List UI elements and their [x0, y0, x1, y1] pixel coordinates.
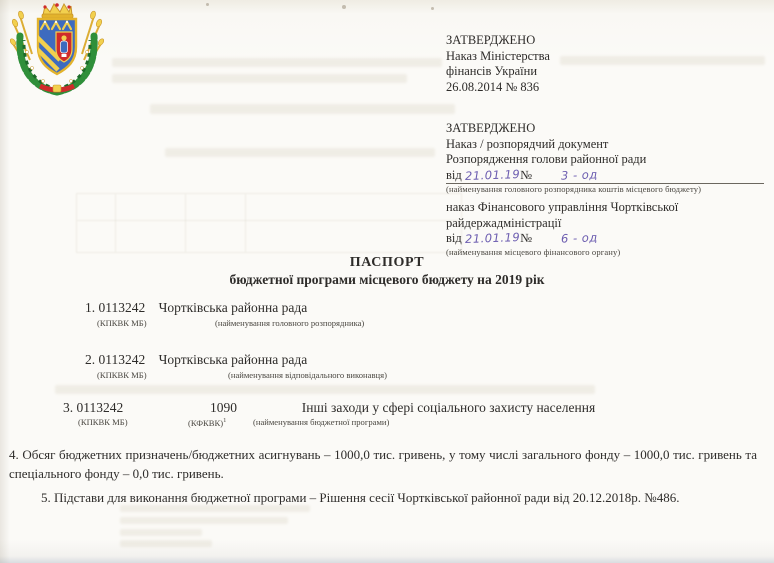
name-caption: (найменування бюджетної програми) — [253, 417, 389, 427]
kfkvk-caption: (КФКВК)1 — [188, 417, 226, 428]
bleed-through-table — [76, 193, 462, 253]
scan-speck — [206, 3, 209, 6]
page-subtitle: бюджетної програми місцевого бюджету на … — [0, 272, 774, 288]
coat-of-arms — [10, 2, 104, 101]
bleed-through-artifact — [55, 385, 595, 394]
bleed-through-artifact — [150, 104, 455, 114]
scanned-document-page: ЗАТВЕРДЖЕНО Наказ Міністерства фінансів … — [0, 0, 774, 563]
item-2-line: 2. 0113242 Чортківська районна рада — [85, 352, 307, 368]
page-title: ПАСПОРТ — [0, 255, 774, 271]
vid-label: від — [446, 168, 462, 182]
item-name: Інші заходи у сфері соціального захисту … — [302, 400, 595, 415]
approval-block-rada: ЗАТВЕРДЖЕНО Наказ / розпорядчий документ… — [446, 121, 764, 195]
order-number-line: від 21.01.19№ 3 - од — [446, 168, 764, 185]
scan-speck — [342, 5, 346, 9]
bleed-through-artifact — [120, 517, 288, 524]
order-number-line: від 21.01.19№ 6 - од — [446, 231, 678, 247]
item-number: 1. — [85, 300, 95, 315]
code-caption: (КПКВК МБ) — [78, 417, 128, 427]
vid-label: від — [446, 231, 462, 245]
approved-heading: ЗАТВЕРДЖЕНО — [446, 121, 764, 137]
bleed-through-artifact — [112, 74, 407, 83]
bleed-through-artifact — [165, 148, 435, 157]
item-name: Чортківська районна рада — [159, 300, 308, 315]
item-1-line: 1. 0113242 Чортківська районна рада — [85, 300, 307, 316]
approval-line: фінансів України — [446, 64, 550, 80]
approval-line: 26.08.2014 № 836 — [446, 80, 550, 96]
paragraph-legal-basis: 5. Підстави для виконання бюджетної прог… — [41, 489, 679, 508]
code-caption: (КПКВК МБ) — [97, 370, 147, 380]
item-name: Чортківська районна рада — [159, 352, 308, 367]
approval-line: Розпорядження голови районної ради — [446, 152, 764, 168]
bleed-through-artifact — [560, 56, 765, 65]
approval-line: Наказ Міністерства — [446, 49, 550, 65]
kpkvk-code: 0113242 — [99, 300, 146, 315]
code-caption: (КПКВК МБ) — [97, 318, 147, 328]
approval-line: райдержадміністрації — [446, 216, 678, 232]
approval-block-ministry: ЗАТВЕРДЖЕНО Наказ Міністерства фінансів … — [446, 33, 550, 95]
item-3-line: 3. 0113242 1090 Інші заходи у сфері соці… — [63, 400, 595, 416]
paragraph-budget-amount: 4. Обсяг бюджетних призначень/бюджетних … — [9, 446, 757, 483]
handwritten-date: 21.01.19 — [465, 230, 521, 247]
kpkvk-code: 0113242 — [99, 352, 146, 367]
bleed-through-artifact — [112, 58, 442, 67]
approval-line: Наказ / розпорядчий документ — [446, 137, 764, 153]
approved-heading: ЗАТВЕРДЖЕНО — [446, 33, 550, 49]
name-caption: (найменування відповідального виконавця) — [228, 370, 387, 380]
footnote-marker: 1 — [223, 417, 226, 424]
coat-of-arms-graphic — [10, 2, 104, 96]
kpkvk-code: 0113242 — [77, 400, 124, 415]
handwritten-date: 21.01.19 — [465, 167, 521, 184]
handwritten-number: 3 - од — [561, 167, 598, 184]
item-number: 3. — [63, 400, 73, 415]
bleed-through-artifact — [120, 529, 202, 536]
no-label: № — [520, 168, 532, 182]
name-caption: (найменування головного розпорядника) — [215, 318, 364, 328]
no-label: № — [520, 231, 532, 245]
kfkvk-code: 1090 — [210, 400, 237, 415]
bleed-through-artifact — [120, 540, 212, 547]
item-number: 2. — [85, 352, 95, 367]
approval-block-finance: наказ Фінансового управління Чортківсько… — [446, 200, 678, 258]
scan-speck — [431, 7, 434, 10]
approval-line: наказ Фінансового управління Чортківсько… — [446, 200, 678, 216]
handwritten-number: 6 - од — [561, 230, 598, 247]
field-caption: (найменування головного розпорядника кош… — [446, 184, 764, 195]
